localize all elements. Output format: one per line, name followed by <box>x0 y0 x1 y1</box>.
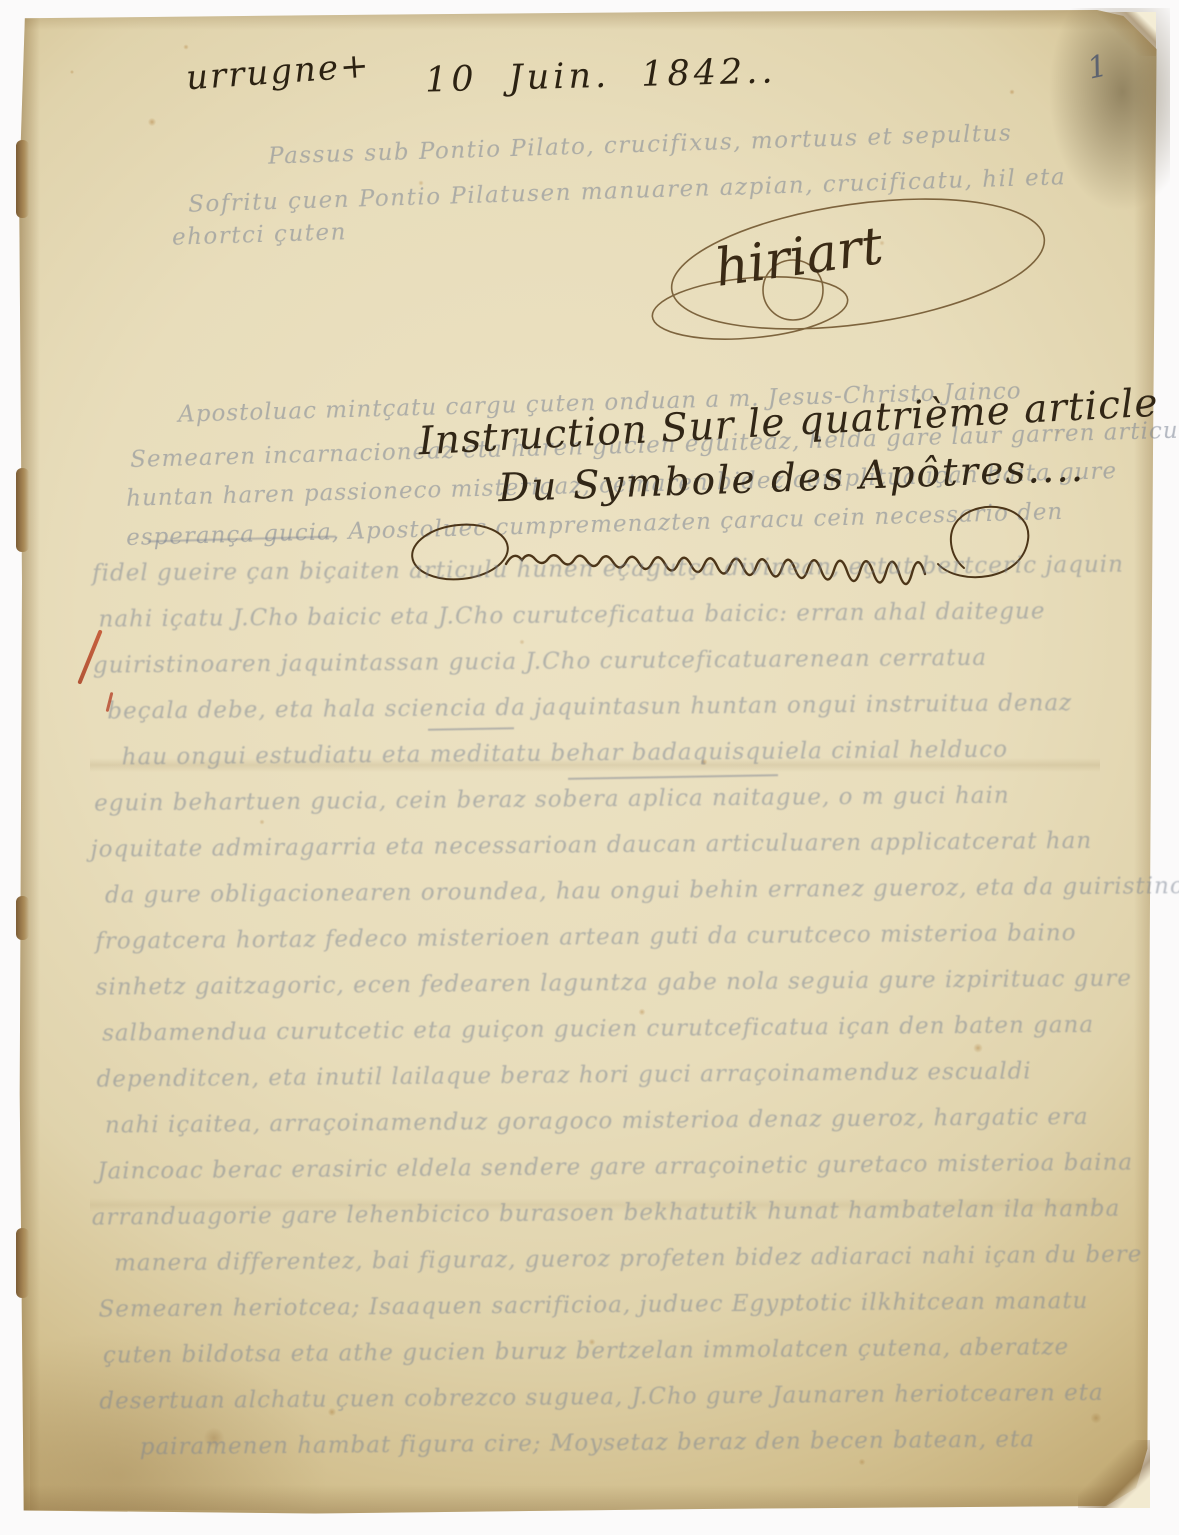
signature-text: hiriart <box>711 216 886 299</box>
body-text-block: fidel gueire çan biçaiten articulu hunen… <box>92 551 1160 1480</box>
scanned-manuscript-page: urrugne+ 10 Juin. 1842.. 1 Passus sub Po… <box>0 0 1179 1535</box>
body-line: pairamenen hambat figura cire; Moysetaz … <box>140 1425 1160 1480</box>
binding-stitch <box>16 468 29 552</box>
binding-stitch <box>16 1228 29 1298</box>
signature-flourish: hiriart <box>600 186 1090 371</box>
binding-stitch <box>16 140 29 218</box>
faded-creed-line: ehortci çuten <box>172 219 348 250</box>
binding-stitch <box>16 896 29 940</box>
